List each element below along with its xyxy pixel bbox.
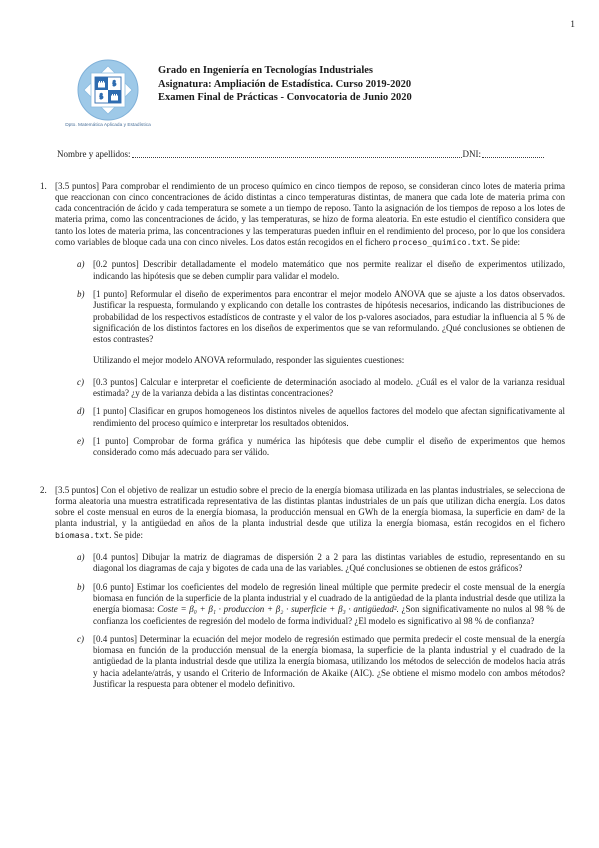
item-text: [1 punto] Comprobar de forma gráfica y n… bbox=[93, 436, 565, 459]
item-text: [0.3 puntos] Calcular e interpretar el c… bbox=[93, 377, 565, 400]
regression-formula: Coste = β₀ + β₁ · produccion + β₂ · supe… bbox=[157, 604, 399, 614]
item-text: [1 punto] Reformular el diseño de experi… bbox=[93, 289, 565, 345]
item-label: e) bbox=[77, 436, 93, 459]
question-1-item-e: e) [1 punto] Comprobar de forma gráfica … bbox=[77, 436, 565, 459]
question-2: 2. [3.5 puntos] Con el objetivo de reali… bbox=[40, 485, 565, 691]
question-1-item-b: b) [1 punto] Reformular el diseño de exp… bbox=[77, 289, 565, 345]
name-field-label: Nombre y apellidos: bbox=[57, 149, 131, 159]
identity-line: Nombre y apellidos: DNI: bbox=[57, 149, 545, 159]
item-label: b) bbox=[77, 289, 93, 345]
item-label: c) bbox=[77, 377, 93, 400]
header-course: Asignatura: Ampliación de Estadística. C… bbox=[158, 78, 412, 92]
file-name-biomasa: biomasa.txt bbox=[55, 530, 109, 540]
item-label: d) bbox=[77, 406, 93, 429]
question-2-item-b: b) [0.6 punto] Estimar los coeficientes … bbox=[77, 582, 565, 627]
question-1-item-d: d) [1 punto] Clasificar en grupos homoge… bbox=[77, 406, 565, 429]
logo-block: Dpto. Matemática Aplicada y Estadística bbox=[62, 58, 154, 129]
question-1-item-a: a) [0.2 puntos] Describir detalladamente… bbox=[77, 259, 565, 282]
file-name-proceso-quimico: proceso_quimico.txt bbox=[393, 237, 487, 247]
page-header: Dpto. Matemática Aplicada y Estadística … bbox=[62, 0, 599, 129]
question-2-body: [3.5 puntos] Con el objetivo de realizar… bbox=[55, 485, 565, 691]
question-1-intro: [3.5 puntos] Para comprobar el rendimien… bbox=[55, 181, 565, 249]
question-2-item-a: a) [0.4 puntos] Dibujar la matriz de dia… bbox=[77, 552, 565, 575]
item-label: a) bbox=[77, 259, 93, 282]
question-2-number: 2. bbox=[40, 485, 55, 691]
logo-caption: Dpto. Matemática Aplicada y Estadística bbox=[62, 123, 154, 129]
question-1: 1. [3.5 puntos] Para comprobar el rendim… bbox=[40, 181, 565, 459]
question-2-intro: [3.5 puntos] Con el objetivo de realizar… bbox=[55, 485, 565, 541]
item-text: [0.4 puntos] Dibujar la matriz de diagra… bbox=[93, 552, 565, 575]
anova-note: Utilizando el mejor modelo ANOVA reformu… bbox=[93, 355, 565, 366]
item-label: b) bbox=[77, 582, 93, 627]
name-fill-line bbox=[132, 149, 462, 158]
question-1-item-c: c) [0.3 puntos] Calcular e interpretar e… bbox=[77, 377, 565, 400]
header-degree: Grado en Ingeniería en Tecnologías Indus… bbox=[158, 64, 412, 78]
header-title-block: Grado en Ingeniería en Tecnologías Indus… bbox=[158, 64, 412, 129]
page-number: 1 bbox=[570, 20, 575, 30]
header-exam: Examen Final de Prácticas - Convocatoria… bbox=[158, 91, 412, 105]
item-text: [0.2 puntos] Describir detalladamente el… bbox=[93, 259, 565, 282]
question-1-body: [3.5 puntos] Para comprobar el rendimien… bbox=[55, 181, 565, 459]
questions-section: 1. [3.5 puntos] Para comprobar el rendim… bbox=[40, 181, 565, 691]
dni-fill-line bbox=[482, 149, 544, 158]
exam-page: 1 bbox=[0, 0, 599, 848]
dni-field-label: DNI: bbox=[463, 149, 482, 159]
item-label: a) bbox=[77, 552, 93, 575]
item-text: [1 punto] Clasificar en grupos homogeneo… bbox=[93, 406, 565, 429]
question-2-item-c: c) [0.4 puntos] Determinar la ecuación d… bbox=[77, 634, 565, 690]
item-text: [0.6 punto] Estimar los coeficientes del… bbox=[93, 582, 565, 627]
question-2-intro-text: [3.5 puntos] Con el objetivo de realizar… bbox=[55, 485, 565, 529]
question-1-number: 1. bbox=[40, 181, 55, 459]
question-2-intro-tail: . Se pide: bbox=[109, 530, 143, 540]
question-1-intro-tail: . Se pide: bbox=[486, 237, 520, 247]
item-text: [0.4 puntos] Determinar la ecuación del … bbox=[93, 634, 565, 690]
university-logo-icon bbox=[62, 58, 154, 122]
item-label: c) bbox=[77, 634, 93, 690]
